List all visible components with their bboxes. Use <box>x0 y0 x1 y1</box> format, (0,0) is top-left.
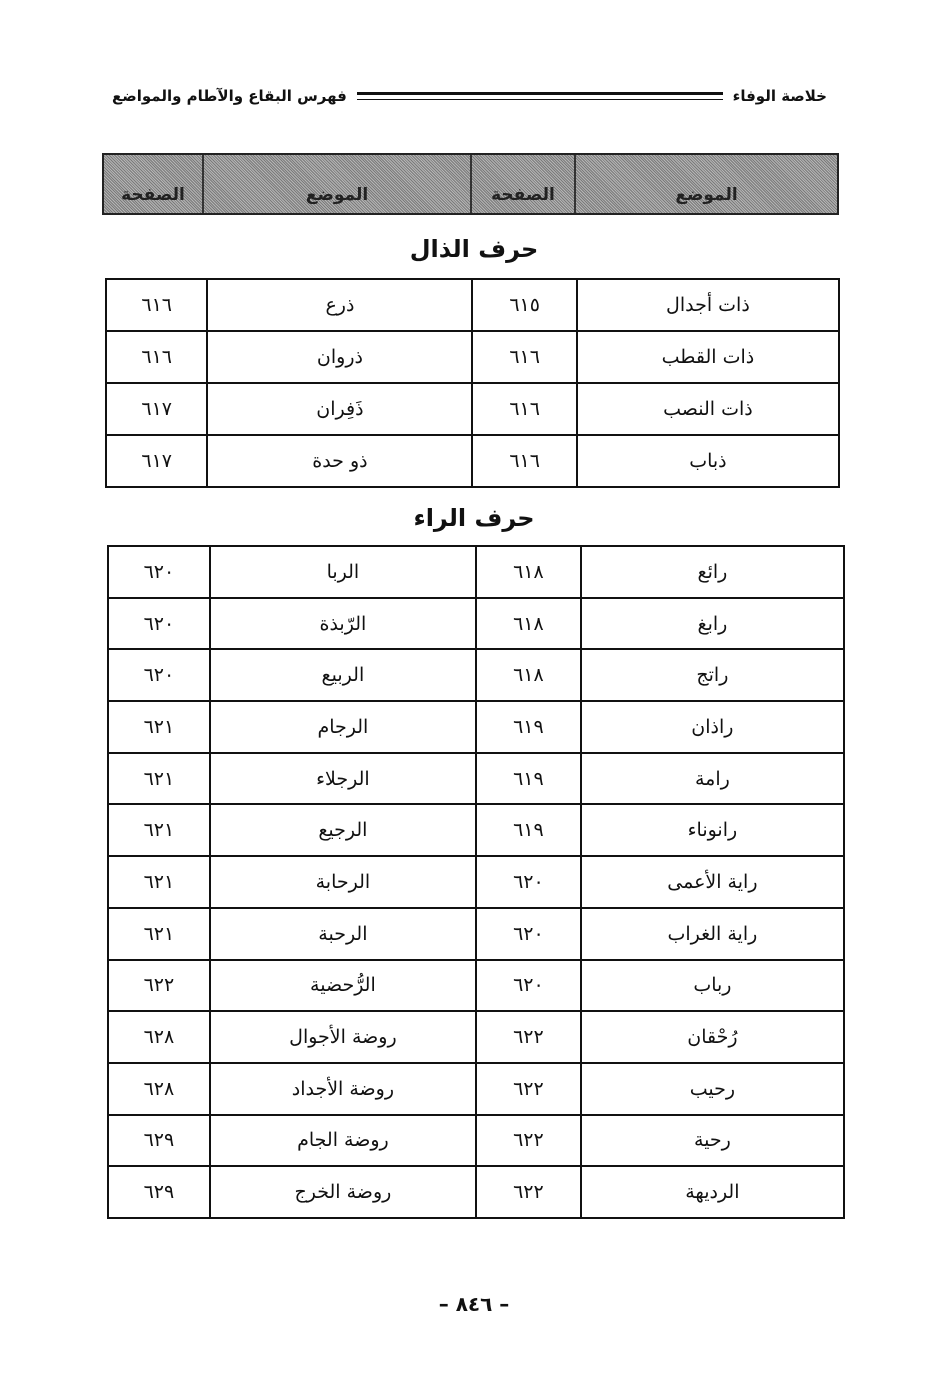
place-name-cell: ذات القطب <box>577 331 839 383</box>
page-ref-cell: ٦١٥ <box>472 279 576 331</box>
page-ref-cell: ٦١٦ <box>472 331 576 383</box>
table-row: رحية٦٢٢روضة الجام٦٢٩ <box>108 1115 844 1167</box>
table-row: راتج٦١٨الربيع٦٢٠ <box>108 649 844 701</box>
column-header-bar: الموضع الصفحة الموضع الصفحة <box>102 153 839 215</box>
page-ref-cell: ٦٢٢ <box>476 1063 581 1115</box>
place-name-cell: روضة الأجوال <box>210 1011 476 1063</box>
running-header: خلاصة الوفاء فهرس البقاع والآطام والمواض… <box>112 84 827 108</box>
column-header-page-1: الصفحة <box>470 155 574 213</box>
page-ref-cell: ٦١٨ <box>476 598 581 650</box>
table-row: راية الغراب٦٢٠الرحبة٦٢١ <box>108 908 844 960</box>
column-header-place-1: الموضع <box>574 155 837 213</box>
table-row: رُحْقان٦٢٢روضة الأجوال٦٢٨ <box>108 1011 844 1063</box>
index-table-ra: رائع٦١٨الربا٦٢٠رابغ٦١٨الرّبذة٦٢٠راتج٦١٨ا… <box>107 545 845 1219</box>
page-ref-cell: ٦٢٢ <box>476 1166 581 1218</box>
page-ref-cell: ٦١٦ <box>106 331 207 383</box>
header-rule <box>357 92 723 100</box>
place-name-cell: راذان <box>581 701 844 753</box>
page-ref-cell: ٦٢٨ <box>108 1011 210 1063</box>
column-header-page-2: الصفحة <box>104 155 202 213</box>
table-row: راية الأعمى٦٢٠الرحابة٦٢١ <box>108 856 844 908</box>
place-name-cell: راية الغراب <box>581 908 844 960</box>
table-row: ذات النصب٦١٦ذَفِران٦١٧ <box>106 383 839 435</box>
place-name-cell: ذباب <box>577 435 839 487</box>
page-ref-cell: ٦٢٢ <box>476 1115 581 1167</box>
page-ref-cell: ٦١٦ <box>472 435 576 487</box>
page-ref-cell: ٦٢٨ <box>108 1063 210 1115</box>
page-ref-cell: ٦١٧ <box>106 435 207 487</box>
page-ref-cell: ٦٢١ <box>108 701 210 753</box>
place-name-cell: الرحابة <box>210 856 476 908</box>
place-name-cell: روضة الجام <box>210 1115 476 1167</box>
page-ref-cell: ٦١٦ <box>106 279 207 331</box>
place-name-cell: رامة <box>581 753 844 805</box>
column-header-place-2: الموضع <box>202 155 470 213</box>
table-row: ذات القطب٦١٦ذروان٦١٦ <box>106 331 839 383</box>
page-ref-cell: ٦٢١ <box>108 908 210 960</box>
place-name-cell: الرُّحضية <box>210 960 476 1012</box>
table-row: رانوناء٦١٩الرجيع٦٢١ <box>108 804 844 856</box>
table-row: رابغ٦١٨الرّبذة٦٢٠ <box>108 598 844 650</box>
table-row: رامة٦١٩الرجلاء٦٢١ <box>108 753 844 805</box>
place-name-cell: ذات أجدال <box>577 279 839 331</box>
page-ref-cell: ٦١٩ <box>476 804 581 856</box>
index-table-dhal: ذات أجدال٦١٥ذرع٦١٦ذات القطب٦١٦ذروان٦١٦ذا… <box>105 278 840 488</box>
place-name-cell: الربيع <box>210 649 476 701</box>
place-name-cell: رُحْقان <box>581 1011 844 1063</box>
place-name-cell: ذو حدة <box>207 435 472 487</box>
place-name-cell: راتج <box>581 649 844 701</box>
table-row: ذباب٦١٦ذو حدة٦١٧ <box>106 435 839 487</box>
page-ref-cell: ٦٢٠ <box>108 649 210 701</box>
place-name-cell: ذات النصب <box>577 383 839 435</box>
table-row: راذان٦١٩الرجام٦٢١ <box>108 701 844 753</box>
place-name-cell: رائع <box>581 546 844 598</box>
page-ref-cell: ٦٢٠ <box>108 546 210 598</box>
page-ref-cell: ٦١٩ <box>476 701 581 753</box>
place-name-cell: ذروان <box>207 331 472 383</box>
page-ref-cell: ٦١٩ <box>476 753 581 805</box>
place-name-cell: الرديهة <box>581 1166 844 1218</box>
place-name-cell: الربا <box>210 546 476 598</box>
table-row: رحيب٦٢٢روضة الأجداد٦٢٨ <box>108 1063 844 1115</box>
place-name-cell: رانوناء <box>581 804 844 856</box>
page-ref-cell: ٦٢٠ <box>108 598 210 650</box>
page-ref-cell: ٦٢٠ <box>476 856 581 908</box>
place-name-cell: ذرع <box>207 279 472 331</box>
place-name-cell: الرّبذة <box>210 598 476 650</box>
section-title-ra: حرف الراء <box>0 504 948 532</box>
place-name-cell: رابغ <box>581 598 844 650</box>
page-ref-cell: ٦٢١ <box>108 804 210 856</box>
table-row: ذات أجدال٦١٥ذرع٦١٦ <box>106 279 839 331</box>
page-ref-cell: ٦٢٠ <box>476 960 581 1012</box>
table-row: رائع٦١٨الربا٦٢٠ <box>108 546 844 598</box>
place-name-cell: الرجيع <box>210 804 476 856</box>
page-ref-cell: ٦٢١ <box>108 856 210 908</box>
page-ref-cell: ٦٢٠ <box>476 908 581 960</box>
place-name-cell: راية الأعمى <box>581 856 844 908</box>
table-row: الرديهة٦٢٢روضة الخرج٦٢٩ <box>108 1166 844 1218</box>
section-title-dhal: حرف الذال <box>0 235 948 263</box>
page-ref-cell: ٦٢١ <box>108 753 210 805</box>
page-number: – ٨٤٦ – <box>0 1292 948 1316</box>
place-name-cell: روضة الخرج <box>210 1166 476 1218</box>
page-ref-cell: ٦١٨ <box>476 546 581 598</box>
page-ref-cell: ٦٢٢ <box>476 1011 581 1063</box>
place-name-cell: رباب <box>581 960 844 1012</box>
place-name-cell: الرحبة <box>210 908 476 960</box>
page-ref-cell: ٦١٧ <box>106 383 207 435</box>
place-name-cell: رحية <box>581 1115 844 1167</box>
place-name-cell: روضة الأجداد <box>210 1063 476 1115</box>
place-name-cell: رحيب <box>581 1063 844 1115</box>
table-row: رباب٦٢٠الرُّحضية٦٢٢ <box>108 960 844 1012</box>
page-ref-cell: ٦٢٩ <box>108 1166 210 1218</box>
place-name-cell: الرجام <box>210 701 476 753</box>
place-name-cell: الرجلاء <box>210 753 476 805</box>
page-ref-cell: ٦١٦ <box>472 383 576 435</box>
page-ref-cell: ٦٢٢ <box>108 960 210 1012</box>
page-ref-cell: ٦٢٩ <box>108 1115 210 1167</box>
place-name-cell: ذَفِران <box>207 383 472 435</box>
page-ref-cell: ٦١٨ <box>476 649 581 701</box>
book-title: خلاصة الوفاء <box>733 87 827 105</box>
index-title: فهرس البقاع والآطام والمواضع <box>112 87 347 105</box>
